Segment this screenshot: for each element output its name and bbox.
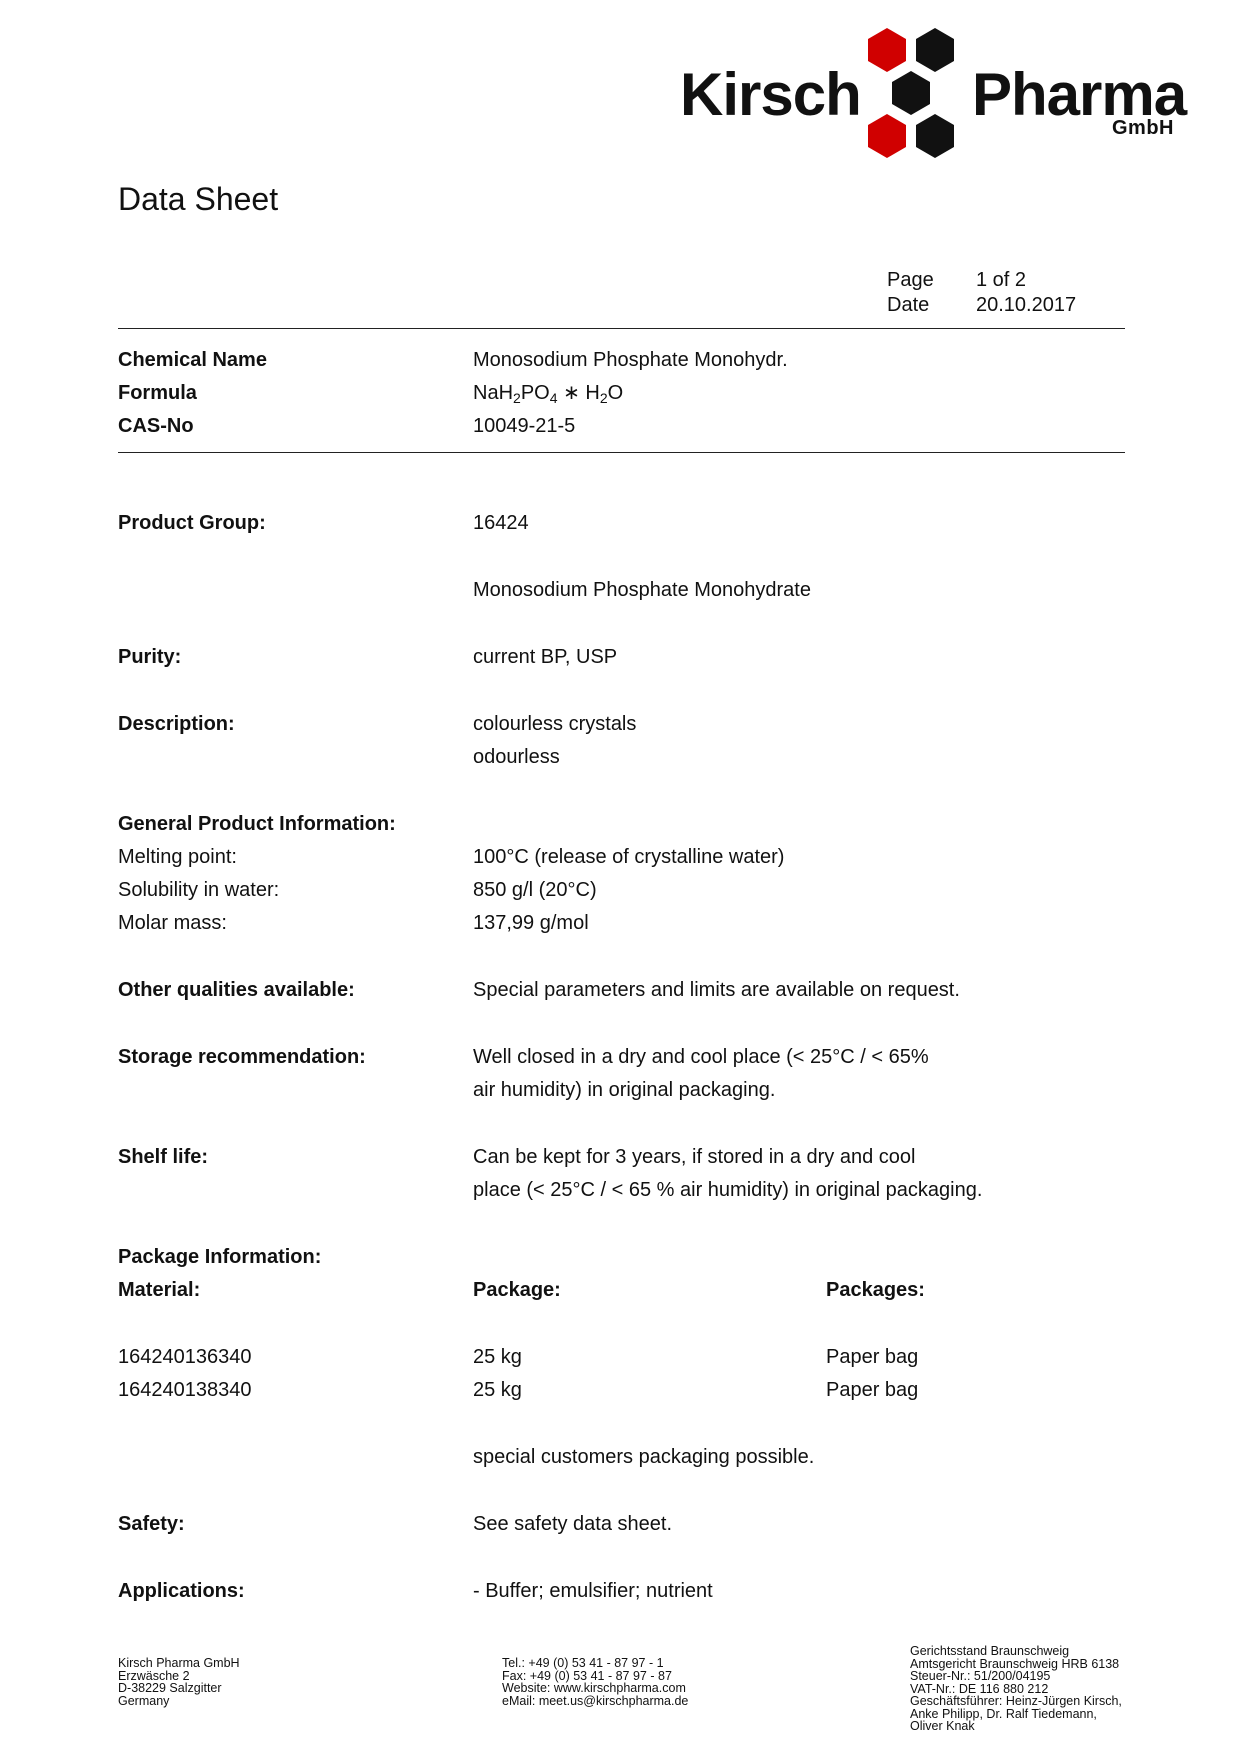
footer-line: Gerichtsstand Braunschweig [910,1645,1122,1658]
cas-value: 10049-21-5 [473,410,575,444]
footer-legal: Gerichtsstand Braunschweig Amtsgericht B… [910,1645,1122,1733]
property-value: 850 g/l (20°C) [473,874,597,908]
divider [118,452,1125,453]
shelf-life-line: Can be kept for 3 years, if stored in a … [473,1141,915,1175]
footer-line: Geschäftsführer: Heinz-Jürgen Kirsch, [910,1695,1122,1708]
package-note: special customers packaging possible. [473,1441,814,1475]
description-line: odourless [473,741,560,775]
material-number: 164240136340 [118,1341,251,1375]
description-line: colourless crystals [473,708,636,742]
material-number: 164240138340 [118,1374,251,1408]
footer-website-link[interactable]: Website: www.kirschpharma.com [502,1682,688,1695]
storage-line: air humidity) in original packaging. [473,1074,775,1108]
footer-phone: Tel.: +49 (0) 53 41 - 87 97 - 1 [502,1657,688,1670]
package-size: 25 kg [473,1341,522,1375]
formula-value: NaH2PO4 ∗ H2O [473,377,623,411]
logo-word-kirsch: Kirsch [680,60,861,129]
footer-line: Oliver Knak [910,1720,1122,1733]
package-info-heading: Package Information: [118,1241,321,1275]
shelf-life-line: place (< 25°C / < 65 % air humidity) in … [473,1174,982,1208]
page-number: 1 of 2 [976,268,1026,293]
page-title: Data Sheet [118,181,278,218]
page-label: Page [887,268,976,293]
purity-label: Purity: [118,641,181,675]
footer-line: Germany [118,1695,240,1708]
product-group-value: 16424 [473,507,529,541]
chemical-name-label: Chemical Name [118,344,267,378]
property-label: Melting point: [118,841,237,875]
divider [118,328,1125,329]
package-type: Paper bag [826,1341,918,1375]
footer-email-link[interactable]: eMail: meet.us@kirschpharma.de [502,1695,688,1708]
applications-value: - Buffer; emulsifier; nutrient [473,1575,713,1609]
logo-word-gmbh: GmbH [1112,117,1174,140]
property-value: 137,99 g/mol [473,907,589,941]
footer-address: Kirsch Pharma GmbH Erzwäsche 2 D-38229 S… [118,1657,240,1707]
product-name-value: Monosodium Phosphate Monohydrate [473,574,811,608]
document-meta: Page 1 of 2 Date 20.10.2017 [887,268,1076,318]
package-size: 25 kg [473,1374,522,1408]
document-date: 20.10.2017 [976,293,1076,318]
date-label: Date [887,293,976,318]
description-label: Description: [118,708,235,742]
other-qualities-value: Special parameters and limits are availa… [473,974,960,1008]
footer-line: D-38229 Salzgitter [118,1682,240,1695]
safety-value: See safety data sheet. [473,1508,672,1542]
purity-value: current BP, USP [473,641,617,675]
storage-label: Storage recommendation: [118,1041,366,1075]
column-header-package: Package: [473,1274,561,1308]
hexagon-cluster-logo-icon [862,26,962,160]
package-type: Paper bag [826,1374,918,1408]
shelf-life-label: Shelf life: [118,1141,208,1175]
footer-contact: Tel.: +49 (0) 53 41 - 87 97 - 1 Fax: +49… [502,1657,688,1707]
cas-label: CAS-No [118,410,194,444]
safety-label: Safety: [118,1508,185,1542]
footer-line: Steuer-Nr.: 51/200/04195 [910,1670,1122,1683]
footer-line: Kirsch Pharma GmbH [118,1657,240,1670]
property-label: Molar mass: [118,907,227,941]
chemical-name-value: Monosodium Phosphate Monohydr. [473,344,788,378]
storage-line: Well closed in a dry and cool place (< 2… [473,1041,929,1075]
applications-label: Applications: [118,1575,245,1609]
other-qualities-label: Other qualities available: [118,974,355,1008]
column-header-packages: Packages: [826,1274,925,1308]
general-info-heading: General Product Information: [118,808,396,842]
property-value: 100°C (release of crystalline water) [473,841,784,875]
column-header-material: Material: [118,1274,200,1308]
product-group-label: Product Group: [118,507,266,541]
formula-label: Formula [118,377,197,411]
company-logo: Kirsch Pharma GmbH [680,20,1200,170]
property-label: Solubility in water: [118,874,279,908]
